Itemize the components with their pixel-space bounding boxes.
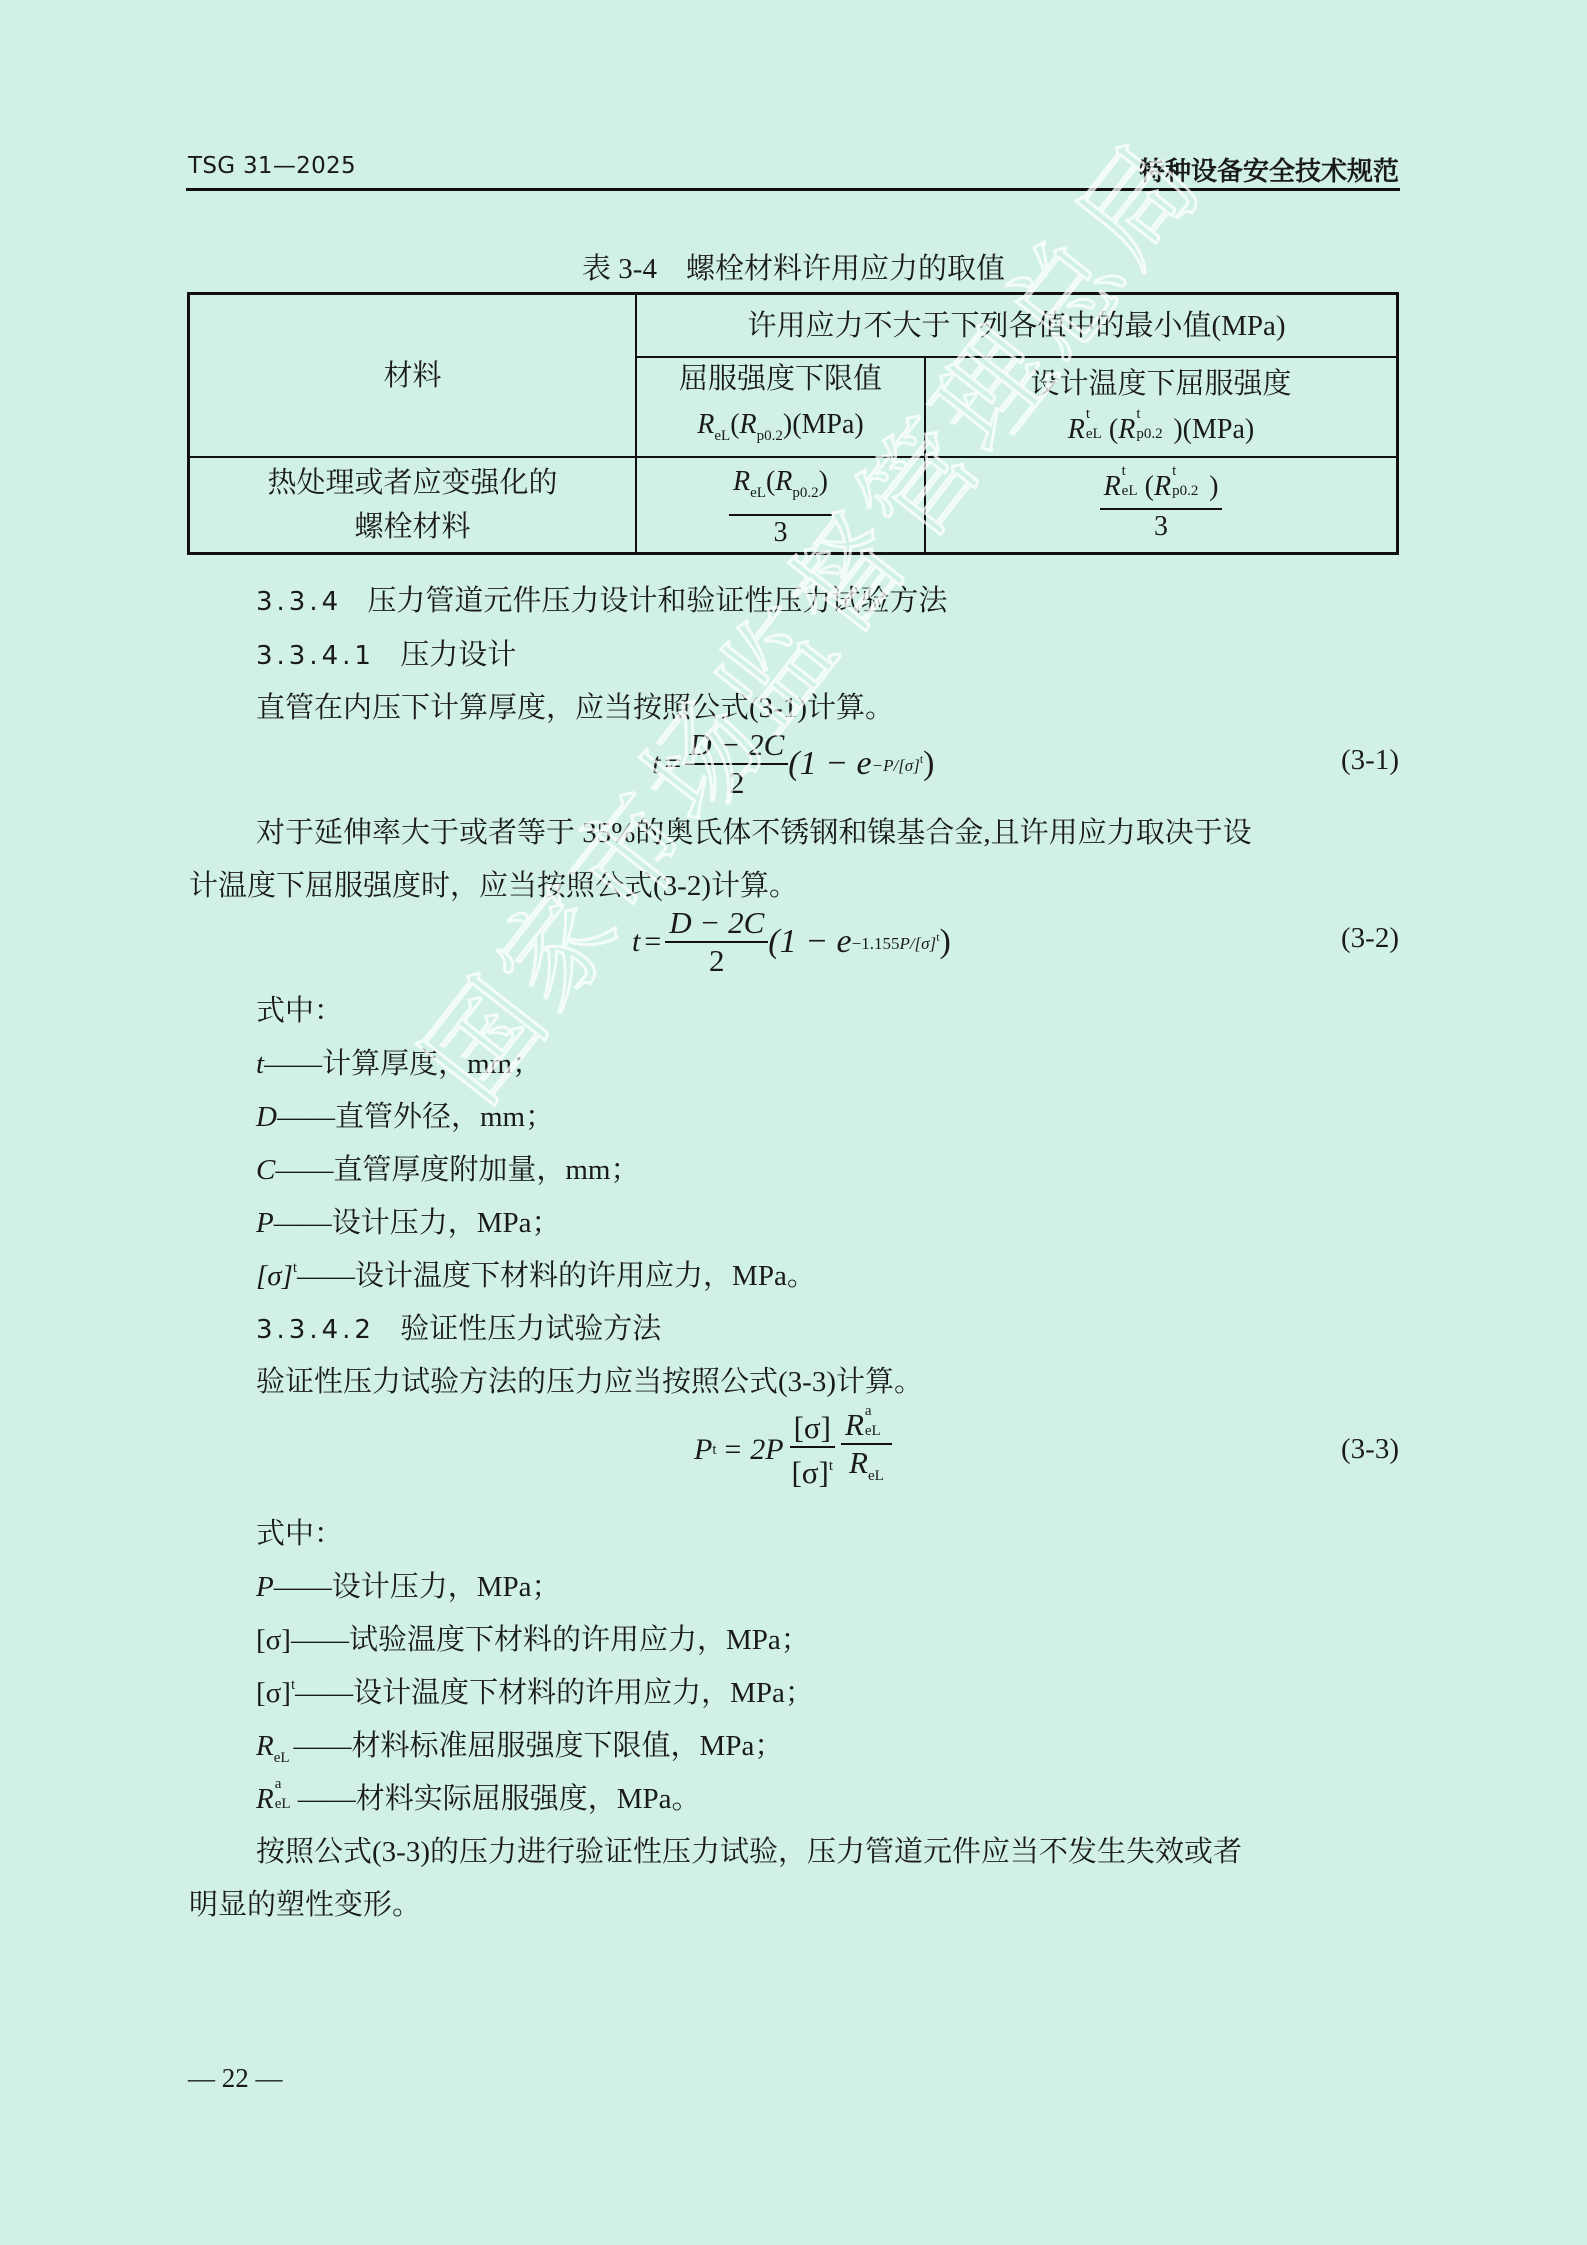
paragraph: 明显的塑性变形。	[189, 1882, 421, 1923]
yield-lower-symbol: ReL(Rp0.2)(MPa)	[697, 402, 864, 459]
definition-item: C——直管厚度附加量，mm；	[256, 1147, 639, 1188]
section-heading-3-3-4: 3.3.4 压力管道元件压力设计和验证性压力试验方法	[256, 578, 947, 619]
definition-item: [σ]t——设计温度下材料的许用应力，MPa；	[256, 1670, 814, 1711]
series-title: 特种设备安全技术规范	[1139, 151, 1399, 188]
symbol-R: R	[733, 466, 750, 497]
equation-number: (3-2)	[1341, 922, 1399, 955]
table-row-material: 热处理或者应变强化的 螺栓材料	[190, 458, 635, 552]
eq-equals: = 2P	[723, 1433, 784, 1467]
def-sub: eL	[275, 1796, 291, 1812]
definition-item: [σ]——试验温度下材料的许用应力，MPa；	[256, 1617, 810, 1658]
exponent-text: −P/[σ]	[872, 756, 920, 775]
symbol-sup: t	[1136, 406, 1140, 422]
eq-lhs: P	[694, 1433, 712, 1467]
exponent: −P/[σ]t	[872, 752, 924, 776]
def-symbol: R	[256, 1783, 274, 1815]
sigma-sup: t	[829, 1458, 833, 1474]
denominator: [σ]t	[791, 1448, 833, 1491]
fraction: RteL(Rtp0.2) 3	[1100, 466, 1223, 544]
denominator: 3	[1154, 510, 1168, 544]
definition-item: [σ]t——设计温度下材料的许用应力，MPa。	[256, 1253, 816, 1294]
fraction-yield: RaeL ReL	[841, 1407, 892, 1494]
where-label: 式中：	[256, 1511, 343, 1552]
symbol-sup: a	[865, 1403, 872, 1419]
def-text: ——设计压力，MPa；	[274, 1571, 561, 1603]
def-symbol: [σ]	[256, 1677, 291, 1709]
symbol-R: R	[849, 1445, 868, 1480]
symbol-sub: eL	[714, 428, 730, 444]
eq-equals: =	[664, 747, 681, 781]
header-cell-yield-lower: 屈服强度下限值 ReL(Rp0.2)(MPa)	[637, 358, 924, 456]
definition-item: t——计算厚度，mm；	[256, 1041, 541, 1082]
fraction: D − 2C 2	[685, 727, 788, 801]
section-title: 验证性压力试验方法	[400, 1313, 661, 1345]
equation-3-3: Pt = 2P [σ] [σ]t RaeL ReL	[694, 1405, 892, 1495]
def-sup: a	[275, 1776, 282, 1792]
paragraph: 验证性压力试验方法的压力应当按照公式(3-3)计算。	[256, 1359, 923, 1400]
symbol-R: R	[697, 409, 714, 440]
eq-body: (1 − e	[768, 923, 851, 961]
exponent: −1.155P/[σ]t	[852, 930, 940, 954]
equation-3-2: t = D − 2C 2 (1 − e −1.155P/[σ]t )	[632, 906, 951, 978]
def-text: ——材料实际屈服强度，MPa。	[298, 1783, 701, 1815]
header-material-label: 材料	[383, 352, 441, 400]
definition-item: ReL——材料标准屈服强度下限值，MPa；	[256, 1723, 783, 1767]
equation-number: (3-3)	[1341, 1433, 1399, 1466]
symbol-R: R	[1118, 414, 1135, 445]
allowable-stress-table: 材料 许用应力不大于下列各值中的最小值(MPa) 屈服强度下限值 ReL(Rp0…	[187, 292, 1399, 555]
symbol-sub: p0.2	[757, 428, 783, 444]
def-text: ——直管外径，mm；	[277, 1101, 554, 1133]
exponent-text: P/[σ]	[899, 934, 936, 953]
eq-close: )	[940, 923, 951, 961]
def-text: ——设计温度下材料的许用应力，MPa；	[295, 1677, 814, 1709]
where-label: 式中：	[256, 988, 343, 1029]
material-line-2: 螺栓材料	[354, 505, 470, 549]
sigma: [σ]	[794, 1410, 831, 1445]
symbol-R: R	[1068, 414, 1085, 445]
header-cell-group: 许用应力不大于下列各值中的最小值(MPa)	[637, 295, 1396, 356]
equation-number: (3-1)	[1341, 744, 1399, 777]
table-row-col2-value: RteL(Rtp0.2) 3	[926, 458, 1396, 552]
paragraph: 计温度下屈服强度时，应当按照公式(3-2)计算。	[189, 863, 798, 904]
symbol-supsub: tp0.2	[1171, 471, 1209, 499]
denominator: ReL	[849, 1445, 884, 1494]
symbol-supsub: aeL	[864, 1411, 888, 1439]
eq-lhs: t	[632, 925, 640, 959]
paragraph: 对于延伸率大于或者等于 35%的奥氏体不锈钢和镍基合金,且许用应力取决于设	[256, 810, 1252, 851]
table-caption: 表 3-4 螺栓材料许用应力的取值	[0, 246, 1587, 287]
document-code: TSG 31—2025	[188, 153, 356, 179]
header-yield-lower-label: 屈服强度下限值	[679, 356, 882, 402]
symbol-R: R	[740, 409, 757, 440]
def-text: ——设计温度下材料的许用应力，MPa。	[297, 1260, 816, 1292]
paragraph: 直管在内压下计算厚度，应当按照公式(3-1)计算。	[256, 685, 894, 726]
header-group-label: 许用应力不大于下列各值中的最小值(MPa)	[747, 302, 1285, 350]
definition-item: P——设计压力，MPa；	[256, 1200, 561, 1241]
symbol-sub: eL	[750, 485, 766, 501]
header-cell-material: 材料	[190, 295, 635, 456]
sigma: [σ]	[791, 1455, 828, 1490]
numerator: [σ]	[790, 1410, 835, 1446]
numerator: RaeL	[841, 1407, 892, 1443]
section-heading-3-3-4-1: 3.3.4.1 压力设计	[256, 632, 516, 673]
material-line-1: 热处理或者应变强化的	[267, 461, 557, 505]
symbol-supsub: teL	[1121, 471, 1145, 499]
definition-item: P——设计压力，MPa；	[256, 1564, 561, 1605]
unit-label: (MPa)	[1183, 414, 1255, 445]
yield-design-temp-symbol: RteL(Rtp0.2)(MPa)	[1068, 407, 1254, 453]
symbol-sup: t	[1086, 406, 1090, 422]
def-supsub: aeL	[274, 1784, 298, 1812]
def-symbol: t	[256, 1048, 264, 1080]
denominator: 3	[773, 516, 787, 550]
fraction-sigma: [σ] [σ]t	[790, 1410, 835, 1491]
symbol-sub: p0.2	[792, 485, 818, 501]
numerator: D − 2C	[685, 727, 788, 763]
eq-lhs-sub: t	[712, 1442, 716, 1459]
symbol-supsub: tp0.2	[1135, 414, 1173, 442]
def-symbol: C	[256, 1154, 275, 1186]
section-number: 3.3.4.2	[256, 1315, 375, 1345]
def-sub: eL	[274, 1750, 290, 1766]
symbol-supsub: teL	[1085, 414, 1109, 442]
eq-body: (1 − e	[788, 745, 871, 783]
def-text: ——试验温度下材料的许用应力，MPa；	[291, 1624, 810, 1656]
header-cell-yield-design-temp: 设计温度下屈服强度 RteL(Rtp0.2)(MPa)	[926, 358, 1396, 456]
def-symbol: D	[256, 1101, 277, 1133]
def-text: ——设计压力，MPa；	[274, 1207, 561, 1239]
numerator: D − 2C	[665, 905, 768, 941]
eq-equals: =	[644, 925, 661, 959]
def-symbol: [σ]	[256, 1624, 291, 1656]
symbol-R: R	[1104, 471, 1121, 502]
fraction: D − 2C 2	[665, 905, 768, 979]
equation-3-1: t = D − 2C 2 (1 − e −P/[σ]t )	[652, 728, 934, 800]
page-number: — 22 —	[188, 2063, 283, 2094]
header-yield-design-temp-label: 设计温度下屈服强度	[1030, 361, 1291, 407]
denominator: 2	[709, 943, 725, 979]
section-number: 3.3.4.1	[256, 641, 375, 671]
symbol-sub: eL	[865, 1423, 881, 1439]
header-rule	[186, 188, 1400, 191]
unit-label: (MPa)	[792, 409, 864, 440]
denominator: 2	[729, 765, 745, 801]
table-row-col1-value: ReL(Rp0.2) 3	[637, 458, 924, 552]
symbol-R: R	[775, 466, 792, 497]
definition-item: RaeL——材料实际屈服强度，MPa。	[256, 1776, 701, 1817]
symbol-sup: t	[1122, 463, 1126, 479]
def-symbol: R	[256, 1730, 274, 1762]
section-title: 压力管道元件压力设计和验证性压力试验方法	[367, 585, 947, 617]
def-symbol: P	[256, 1207, 274, 1239]
section-heading-3-3-4-2: 3.3.4.2 验证性压力试验方法	[256, 1306, 661, 1347]
definition-item: D——直管外径，mm；	[256, 1094, 554, 1135]
eq-close: )	[923, 745, 934, 783]
section-number: 3.3.4	[256, 587, 342, 617]
symbol-sub: p0.2	[1136, 426, 1162, 442]
exponent-coef: −1.155	[852, 934, 900, 953]
section-title: 压力设计	[400, 639, 516, 671]
fraction: ReL(Rp0.2) 3	[729, 461, 832, 550]
def-symbol: P	[256, 1571, 274, 1603]
eq-lhs: t	[652, 747, 660, 781]
def-text: ——直管厚度附加量，mm；	[275, 1154, 639, 1186]
numerator: RteL(Rtp0.2)	[1100, 466, 1223, 508]
symbol-sub: eL	[1086, 426, 1102, 442]
def-text: ——材料标准屈服强度下限值，MPa；	[294, 1730, 784, 1762]
symbol-R: R	[845, 1407, 864, 1442]
numerator: ReL(Rp0.2)	[729, 461, 832, 514]
def-symbol: [σ]	[256, 1260, 293, 1292]
symbol-R: R	[1154, 471, 1171, 502]
symbol-sup: t	[1172, 463, 1176, 479]
def-text: ——计算厚度，mm；	[264, 1048, 541, 1080]
symbol-sub: eL	[868, 1468, 884, 1484]
symbol-sub: p0.2	[1172, 483, 1198, 499]
symbol-sub: eL	[1122, 483, 1138, 499]
paragraph: 按照公式(3-3)的压力进行验证性压力试验，压力管道元件应当不发生失效或者	[256, 1829, 1242, 1870]
